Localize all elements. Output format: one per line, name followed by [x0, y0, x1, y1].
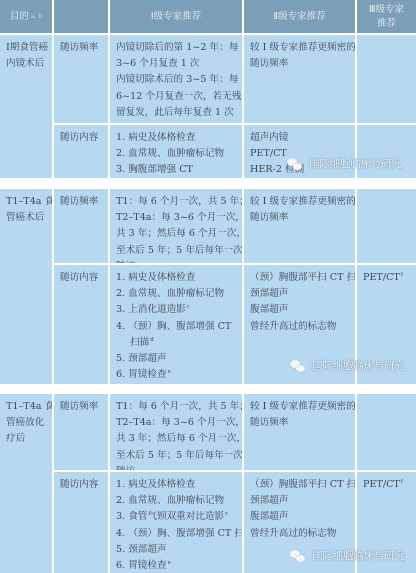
level1-frequency: T1：每 6 个月一次，共 5 年；T2–T4a：每 3~6 个月一次，共 3 … — [110, 394, 242, 470]
level3-frequency — [357, 394, 416, 470]
follow-up-table: 目的a, b Ⅰ级专家推荐 Ⅱ级专家推荐 Ⅲ级专家 推荐 I期食管癌内镜术后随访… — [0, 0, 416, 573]
cell-line: 至术后 5 年；5 年后每年一次 — [116, 448, 237, 464]
cell-line: 随访频率 — [250, 56, 350, 72]
cell-line: 内镜切除后的第 1~2 年：每 — [116, 40, 237, 56]
header-level1: Ⅰ级专家推荐 — [110, 0, 242, 33]
level1-content: 1. 病史及体格检查2. 血常规、血肿瘤标记物3. 食管气钡双重对比造影c4. … — [110, 472, 242, 573]
row-label: 随访内容 — [60, 477, 103, 493]
cell-line: 1. 病史及体格检查 — [116, 130, 237, 146]
cell-line: 较 Ⅰ 级专家推荐更频密的 — [250, 40, 350, 56]
cell-line: 颈部超声 — [250, 493, 350, 509]
cell-line: 3~6 个月复查 1 次 — [116, 56, 237, 72]
row-label-frequency: 随访频率 — [54, 189, 108, 263]
cell-line: 4. （颈）胸、腹部增强 CT 扫描d — [116, 526, 237, 542]
level1-frequency: 内镜切除后的第 1~2 年：每3~6 个月复查 1 次内镜切除术后的 3~5 年… — [110, 35, 242, 123]
cell-line: T1–T4a 食 — [6, 194, 47, 210]
cell-line: 4. （颈）胸、腹部增强 CT — [116, 319, 237, 335]
footnote-marker: d — [150, 337, 154, 343]
row-label-content: 随访内容 — [54, 472, 108, 573]
cell-line: T1：每 6 个月一次，共 5 年； — [116, 194, 237, 210]
cell-line: 超声内镜 — [250, 130, 350, 146]
cell-line: 较 Ⅰ 级专家推荐更频密的 — [250, 194, 350, 210]
header-type — [54, 0, 108, 33]
wechat-icon — [290, 360, 306, 372]
header-purpose-label: 目的 — [10, 10, 29, 24]
cell-line: 曾经升高过的标志物 — [250, 319, 350, 335]
cell-line: 3. 胸腹部增强 CT — [116, 162, 237, 178]
level3-frequency — [357, 189, 416, 263]
footnote-marker: e — [168, 560, 171, 566]
cell-line: 2. 血常规、血肿瘤标记物 — [116, 286, 237, 302]
cell-line: 疗后 — [6, 431, 47, 447]
cell-line: T2–T4a：每 3~6 个月一次， — [116, 210, 237, 226]
cell-line: T1–T4a 食 — [6, 399, 47, 415]
row-label-content: 随访内容 — [54, 125, 108, 178]
header-level3: Ⅲ级专家 推荐 — [357, 0, 416, 33]
cell-line: T2–T4a：每 3~6 个月一次， — [116, 415, 237, 431]
cell-line: 1. 病史及体格检查 — [116, 477, 237, 493]
cell-line: T1：每 6 个月一次，共 5 年； — [116, 399, 237, 415]
cell-line: 颈部超声 — [250, 286, 350, 302]
row-label: 随访内容 — [60, 270, 103, 286]
cell-line: 随访 — [116, 259, 237, 263]
header-purpose-footnote: a, b — [31, 10, 42, 24]
row-label-frequency: 随访频率 — [54, 35, 108, 123]
footnote-marker: e — [168, 369, 171, 375]
cell-line: 3. 食管气钡双重对比造影c — [116, 509, 237, 525]
cell-line: 腹部超声 — [250, 509, 350, 525]
cell-line: PET/CTf — [363, 270, 411, 286]
watermark: 国际细胞临床与研究 — [287, 156, 402, 171]
cell-line: 3. 上消化道造影c — [116, 302, 237, 318]
header-level2: Ⅱ级专家推荐 — [244, 0, 355, 33]
watermark: 国际细胞临床与研究 — [290, 548, 405, 563]
level1-content: 1. 病史及体格检查2. 血常规、血肿瘤标记物3. 胸腹部增强 CT4. 胃镜检… — [110, 125, 242, 178]
purpose-cell: T1–T4a 食管癌术后 — [0, 189, 52, 384]
cell-line: 至术后 5 年；5 年后每年一次 — [116, 243, 237, 259]
cell-line: 共 3 年；然后每 6 个月一次， — [116, 226, 237, 242]
cell-line: 5. 颈部超声 — [116, 542, 237, 558]
footnote-marker: f — [401, 479, 403, 485]
footnote-marker: f — [401, 272, 403, 278]
cell-line: 内镜术后 — [6, 56, 47, 72]
cell-line: I期食管癌 — [6, 40, 47, 56]
cell-line: 共 3 年；然后每 6 个月一次， — [116, 431, 237, 447]
level1-content: 1. 病史及体格检查2. 血常规、血肿瘤标记物3. 上消化道造影c4. （颈）胸… — [110, 265, 242, 384]
level2-frequency: 较 Ⅰ 级专家推荐更频密的随访频率 — [244, 189, 355, 263]
cell-line: 较 Ⅰ 级专家推荐更频密的 — [250, 399, 350, 415]
cell-line: 留复发，此后每年复查 1 次 — [116, 105, 237, 121]
row-label-frequency: 随访频率 — [54, 394, 108, 470]
cell-line: （颈）胸腹部平扫 CT 扫描d — [250, 477, 350, 493]
cell-line: PET/CTf — [363, 477, 411, 493]
footnote-marker: c — [225, 511, 228, 517]
row-label: 随访频率 — [60, 40, 103, 56]
wechat-icon — [287, 158, 303, 170]
level2-frequency: 较 Ⅰ 级专家推荐更频密的随访频率 — [244, 394, 355, 470]
cell-line: 5. 颈部超声 — [116, 351, 237, 367]
level2-frequency: 较 Ⅰ 级专家推荐更频密的随访频率 — [244, 35, 355, 123]
cell-line: 2. 血常规、血肿瘤标记物 — [116, 146, 237, 162]
cell-line: 6~12 个月复查一次，若无残 — [116, 89, 237, 105]
wechat-icon — [290, 550, 306, 562]
purpose-cell: T1–T4a 食管癌放化疗后 — [0, 394, 52, 573]
row-label: 随访频率 — [60, 194, 103, 210]
cell-line: 内镜切除术后的 3~5 年：每 — [116, 72, 237, 88]
cell-line: 腹部超声 — [250, 302, 350, 318]
cell-line: 1. 病史及体格检查 — [116, 270, 237, 286]
cell-line: 曾经升高过的标志物 — [250, 526, 350, 542]
footnote-marker: c — [187, 304, 190, 310]
cell-line: 6. 胃镜检查e — [116, 558, 237, 573]
row-label: 随访内容 — [60, 130, 103, 146]
header-purpose: 目的a, b — [0, 0, 52, 33]
cell-line: 2. 血常规、血肿瘤标记物 — [116, 493, 237, 509]
watermark: 国际细胞临床与研究 — [290, 358, 405, 373]
row-label-content: 随访内容 — [54, 265, 108, 384]
cell-line: 扫描d — [116, 335, 237, 351]
cell-line: 6. 胃镜检查e — [116, 367, 237, 383]
cell-line: （颈）胸腹部平扫 CT 扫描d — [250, 270, 350, 286]
level1-frequency: T1：每 6 个月一次，共 5 年；T2–T4a：每 3~6 个月一次，共 3 … — [110, 189, 242, 263]
cell-line: 随访频率 — [250, 415, 350, 431]
cell-line: 管癌放化 — [6, 415, 47, 431]
row-label: 随访频率 — [60, 399, 103, 415]
level3-frequency — [357, 35, 416, 123]
cell-line: 管癌术后 — [6, 210, 47, 226]
purpose-cell: I期食管癌内镜术后 — [0, 35, 52, 178]
cell-line: 随访频率 — [250, 210, 350, 226]
cell-line: 随访 — [116, 464, 237, 470]
